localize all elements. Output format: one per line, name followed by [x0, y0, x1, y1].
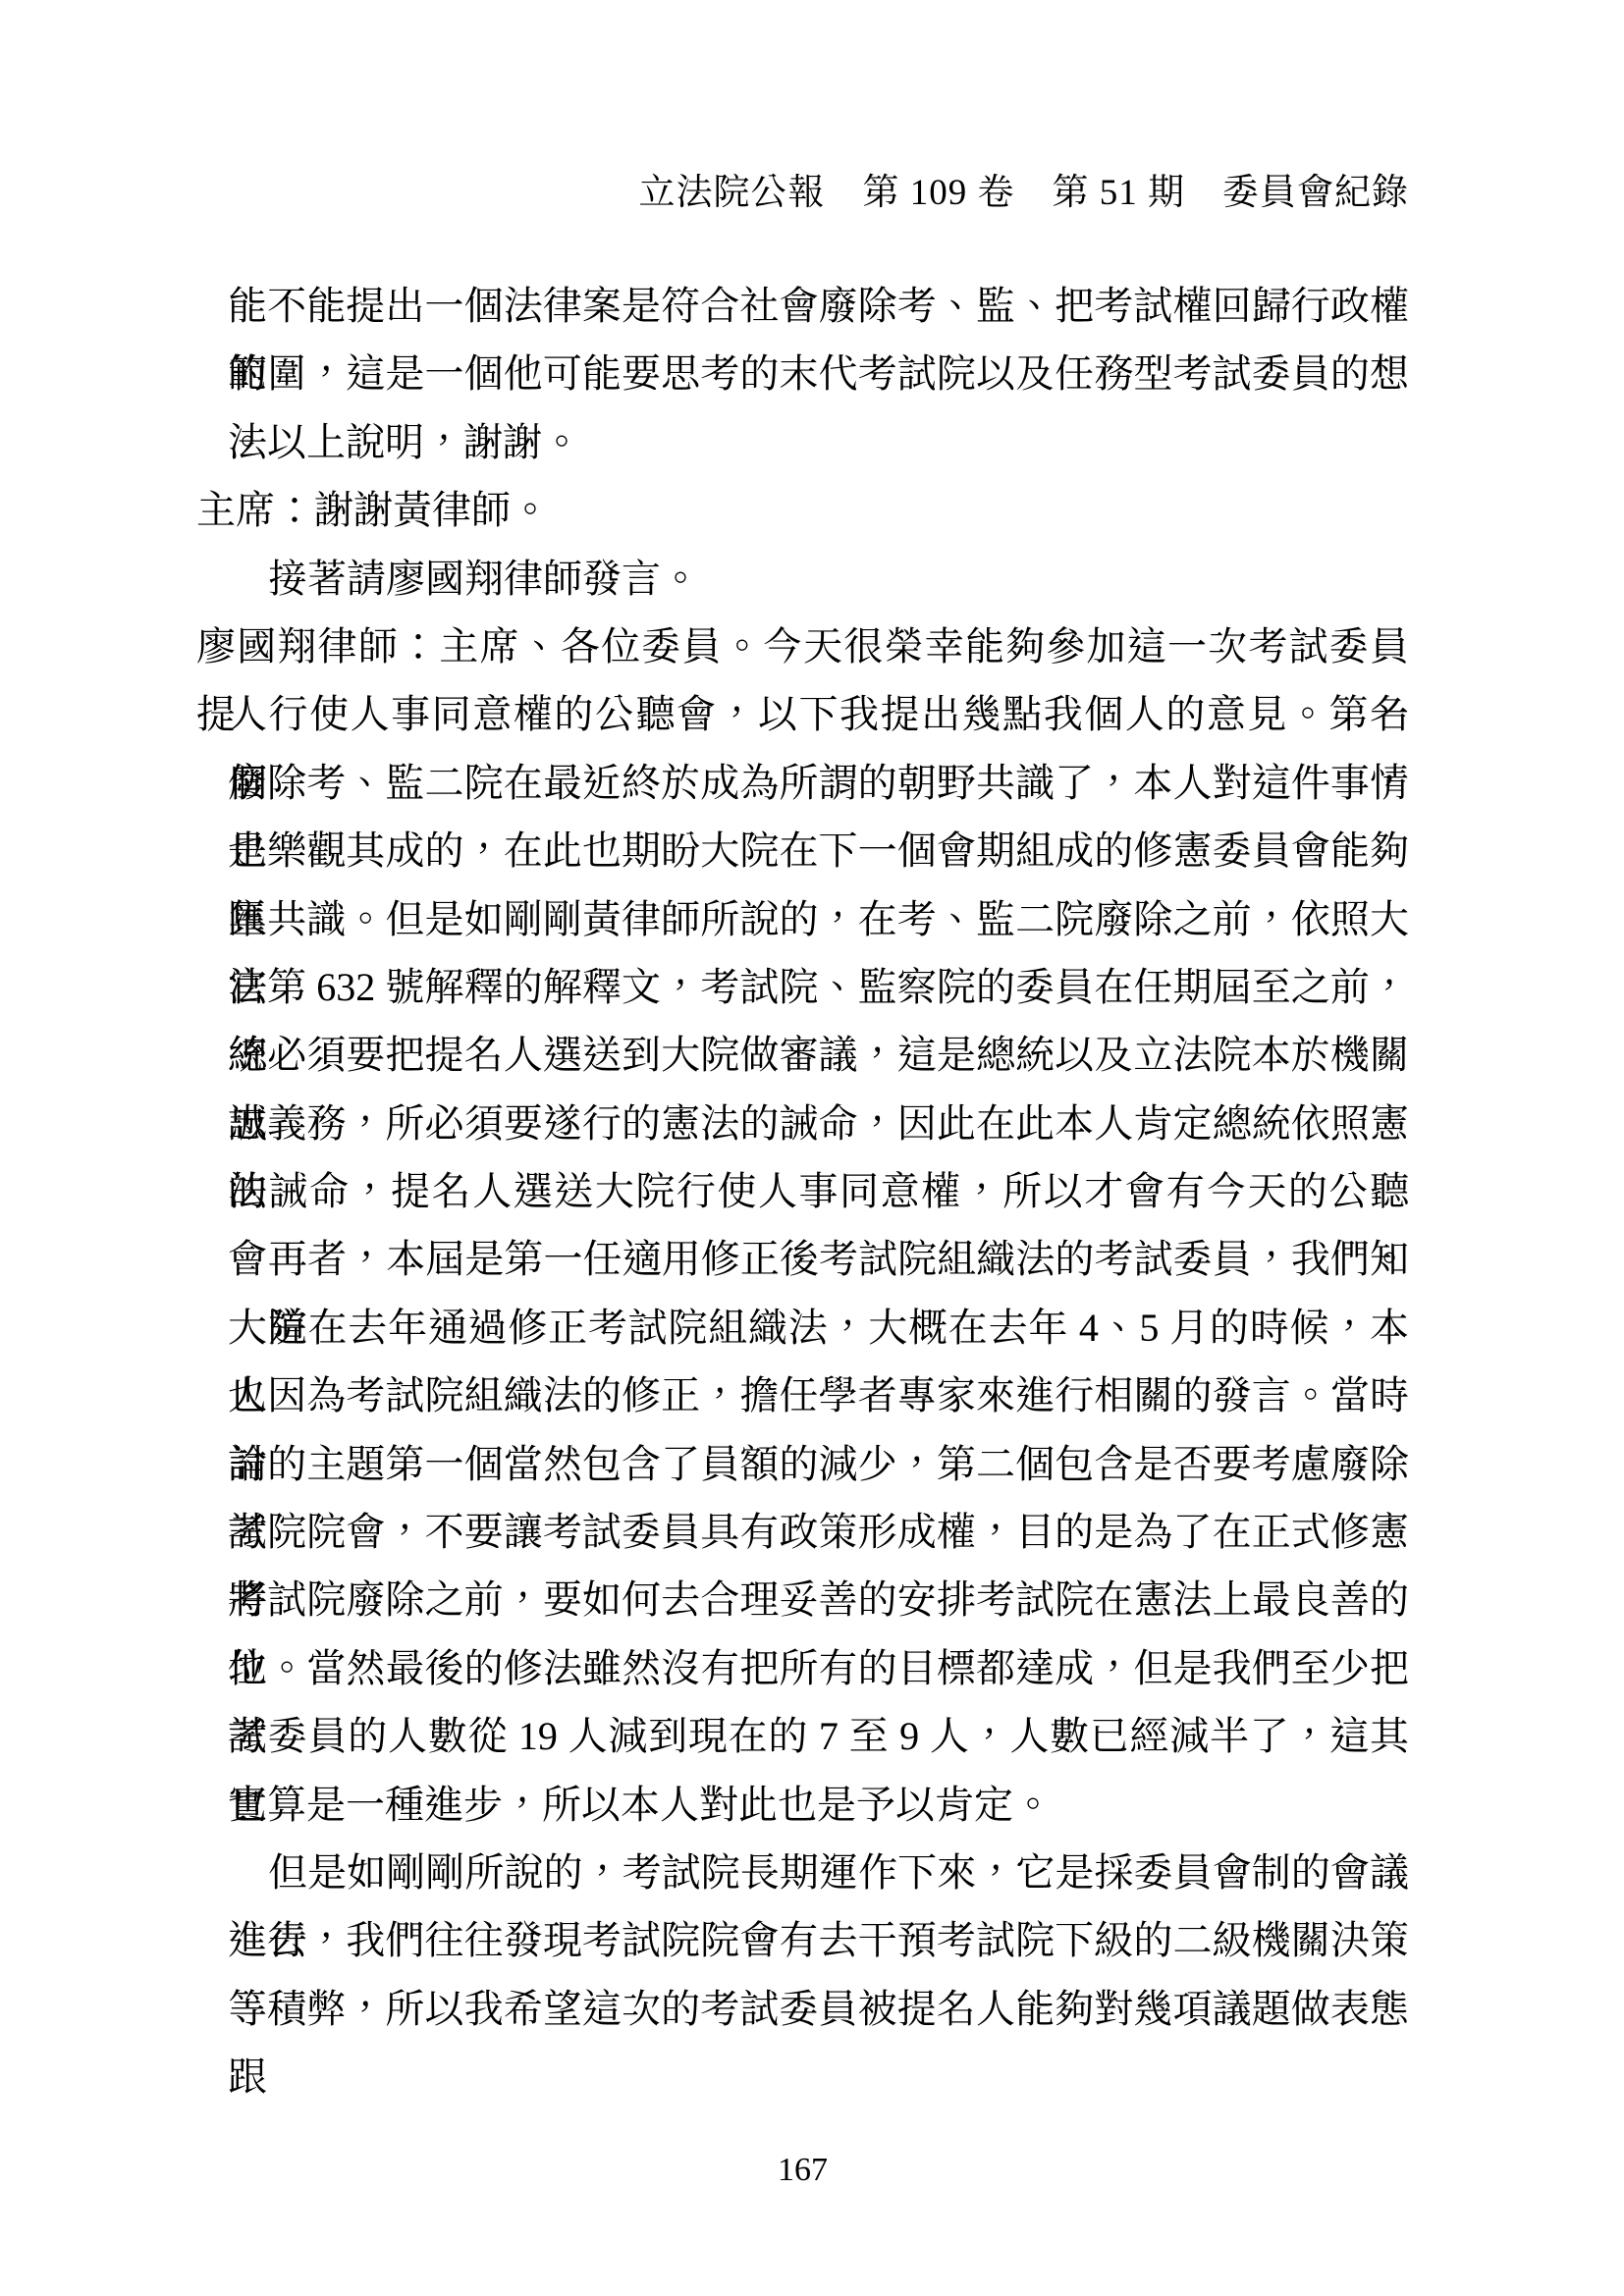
- text-line: 進行，我們往往發現考試院院會有去干預考試院下級的二級機關決策等: [196, 1906, 1409, 1974]
- text-line: 等積弊，所以我希望這次的考試委員被提名人能夠對幾項議題做表態跟: [196, 1975, 1409, 2043]
- text-line: 位。當然最後的修法雖然沒有把所有的目標都達成，但是我們至少把考: [196, 1634, 1409, 1702]
- text-line: 人行使人事同意權的公聽會，以下我提出幾點我個人的意見。第一個，: [196, 680, 1409, 748]
- text-line: 接著請廖國翔律師發言。: [196, 545, 1409, 613]
- text-line: 試委員的人數從 19 人減到現在的 7 至 9 人，人數已經減半了，這其實: [196, 1702, 1409, 1770]
- gazette-page: 立法院公報 第 109 卷 第 51 期 委員會紀錄 能不能提出一個法律案是符合…: [0, 0, 1624, 2296]
- text-line: 的誡命，提名人選送大院行使人事同意權，所以才會有今天的公聽會。: [196, 1157, 1409, 1225]
- gazette-header: 立法院公報 第 109 卷 第 51 期 委員會紀錄: [196, 0, 1409, 212]
- text-line: 集共識。但是如剛剛黃律師所說的，在考、監二院廢除之前，依照大法: [196, 885, 1409, 953]
- text-line: 試院院會，不要讓考試委員具有政策形成權，目的是為了在正式修憲將: [196, 1498, 1409, 1566]
- text-line: 論的主題第一個當然包含了員額的減少，第二個包含是否要考慮廢除考: [196, 1430, 1409, 1498]
- text-line: 能不能提出一個法律案是符合社會廢除考、監、把考試權回歸行政權的: [196, 272, 1409, 340]
- text-line: 廖國翔律師：主席、各位委員。今天很榮幸能夠參加這一次考試委員提名: [196, 613, 1409, 680]
- text-line: 大院在去年通過修正考試院組織法，大概在去年 4、5 月的時候，本人: [196, 1294, 1409, 1362]
- text-line: 也因為考試院組織法的修正，擔任學者專家來進行相關的發言。當時討: [196, 1362, 1409, 1429]
- text-line: 廢除考、監二院在最近終於成為所謂的朝野共識了，本人對這件事情也: [196, 749, 1409, 817]
- text-line: 再者，本屆是第一任適用修正後考試院組織法的考試委員，我們知道: [196, 1225, 1409, 1293]
- text-line: 範圍，這是一個他可能要思考的末代考試院以及任務型考試委員的想法: [196, 340, 1409, 407]
- text-line: 是樂觀其成的，在此也期盼大院在下一個會期組成的修憲委員會能夠匯: [196, 817, 1409, 884]
- text-line: 誠義務，所必須要遂行的憲法的誡命，因此在此本人肯定總統依照憲法: [196, 1090, 1409, 1157]
- text-line: 。以上說明，謝謝。: [196, 408, 1409, 476]
- text-line: 也算是一種進步，所以本人對此也是予以肯定。: [196, 1771, 1409, 1839]
- text-line: 統必須要把提名人選送到大院做審議，這是總統以及立法院本於機關忠: [196, 1021, 1409, 1089]
- text-line: 主席：謝謝黃律師。: [196, 476, 1409, 544]
- text-line: 但是如剛剛所說的，考試院長期運作下來，它是採委員會制的會議去: [196, 1839, 1409, 1906]
- text-line: 官第 632 號解釋的解釋文，考試院、監察院的委員在任期屆至之前，總: [196, 953, 1409, 1021]
- page-number: 167: [196, 2153, 1409, 2188]
- document-body: 能不能提出一個法律案是符合社會廢除考、監、把考試權回歸行政權的範圍，這是一個他可…: [196, 272, 1409, 2043]
- text-line: 考試院廢除之前，要如何去合理妥善的安排考試院在憲法上最良善的地: [196, 1566, 1409, 1633]
